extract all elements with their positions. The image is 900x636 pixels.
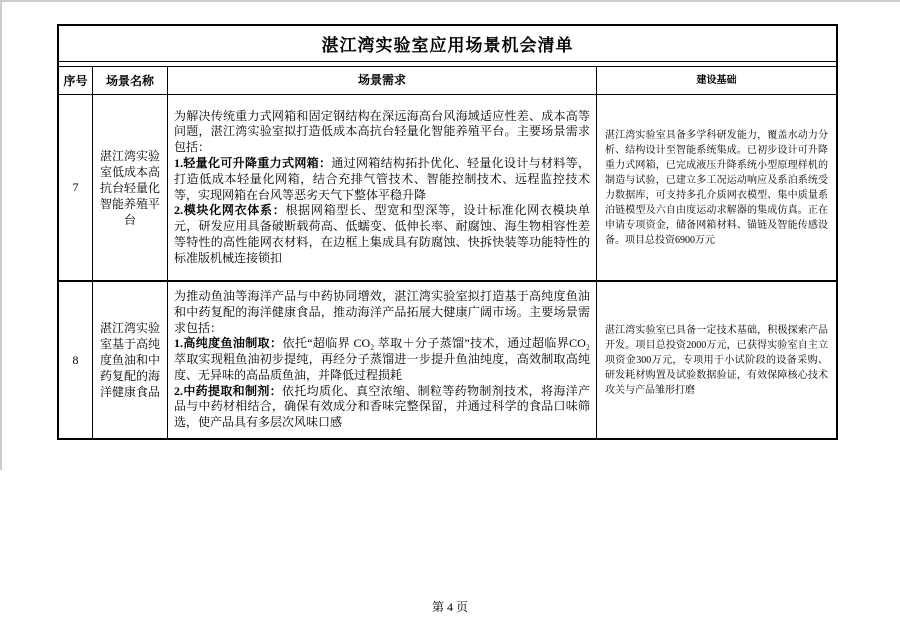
table-title: 湛江湾实验室应用场景机会清单 (59, 26, 836, 62)
row7-demand-item-1: 1.轻量化可升降重力式网箱：通过网箱结构拓扑优化、轻量化设计与材料等，打造低成本… (174, 156, 590, 203)
row7-construction-basis: 湛江湾实验室具备多学科研发能力，覆盖水动力分析、结构设计至智能系统集成。已初步设… (597, 95, 836, 280)
row8-basis-text: 湛江湾实验室已具备一定技术基础，积极探索产品开发。项目总投资2000万元，已获得… (605, 323, 828, 398)
scan-edge-left (0, 0, 2, 470)
row7-scenario-demand: 为解决传统重力式网箱和固定钢结构在深远海高台风海域适应性差、成本高等问题，湛江湾… (168, 95, 597, 280)
header-cell-no: 序号 (59, 67, 93, 94)
row7-scenario-name: 湛江湾实验室低成本高抗台轻量化智能养殖平台 (93, 95, 168, 280)
header-cell-demand: 场景需求 (168, 67, 597, 94)
header-cell-basis: 建设基础 (597, 67, 836, 94)
row7-basis-text: 湛江湾实验室具备多学科研发能力，覆盖水动力分析、结构设计至智能系统集成。已初步设… (605, 128, 828, 248)
row8-demand-item-2: 2.中药提取和制剂：依托均质化、真空浓缩、制粒等药物制剂技术，将海洋产品与中药材… (174, 384, 590, 431)
row8-serial-number: 8 (59, 282, 93, 438)
table-row-8: 8 湛江湾实验室基于高纯度鱼油和中药复配的海洋健康食品 为推动鱼油等海洋产品与中… (59, 282, 836, 438)
row8-demand-item-1: 1.高纯度鱼油制取：依托“超临界 CO₂ 萃取＋分子蒸馏”技术，通过超临界CO₂… (174, 336, 590, 383)
row8-construction-basis: 湛江湾实验室已具备一定技术基础，积极探索产品开发。项目总投资2000万元，已获得… (597, 282, 836, 438)
header-cell-name: 场景名称 (93, 67, 168, 94)
row8-scenario-demand: 为推动鱼油等海洋产品与中药协同增效，湛江湾实验室拟打造基于高纯度鱼油和中药复配的… (168, 282, 597, 438)
table-header-row: 序号 场景名称 场景需求 建设基础 (59, 67, 836, 95)
row7-demand-item-2-label: 2.模块化网衣体系： (174, 203, 285, 217)
row7-demand-item-1-label: 1.轻量化可升降重力式网箱： (174, 156, 331, 170)
opportunity-table: 湛江湾实验室应用场景机会清单 序号 场景名称 场景需求 建设基础 7 湛江湾实验… (57, 24, 838, 440)
row8-scenario-name: 湛江湾实验室基于高纯度鱼油和中药复配的海洋健康食品 (93, 282, 168, 438)
row8-demand-intro: 为推动鱼油等海洋产品与中药协同增效，湛江湾实验室拟打造基于高纯度鱼油和中药复配的… (174, 289, 590, 336)
row7-demand-item-2: 2.模块化网衣体系：根据网箱型长、型宽和型深等，设计标准化网衣模块单元，研发应用… (174, 203, 590, 266)
row7-serial-number: 7 (59, 95, 93, 280)
row8-demand-item-1-label: 1.高纯度鱼油制取： (174, 336, 282, 350)
scan-edge-top (0, 0, 900, 2)
row7-demand-intro: 为解决传统重力式网箱和固定钢结构在深远海高台风海域适应性差、成本高等问题，湛江湾… (174, 109, 590, 156)
table-row-7: 7 湛江湾实验室低成本高抗台轻量化智能养殖平台 为解决传统重力式网箱和固定钢结构… (59, 95, 836, 282)
row8-demand-item-2-label: 2.中药提取和制剂： (174, 384, 282, 398)
page-number: 第 4 页 (0, 598, 900, 615)
